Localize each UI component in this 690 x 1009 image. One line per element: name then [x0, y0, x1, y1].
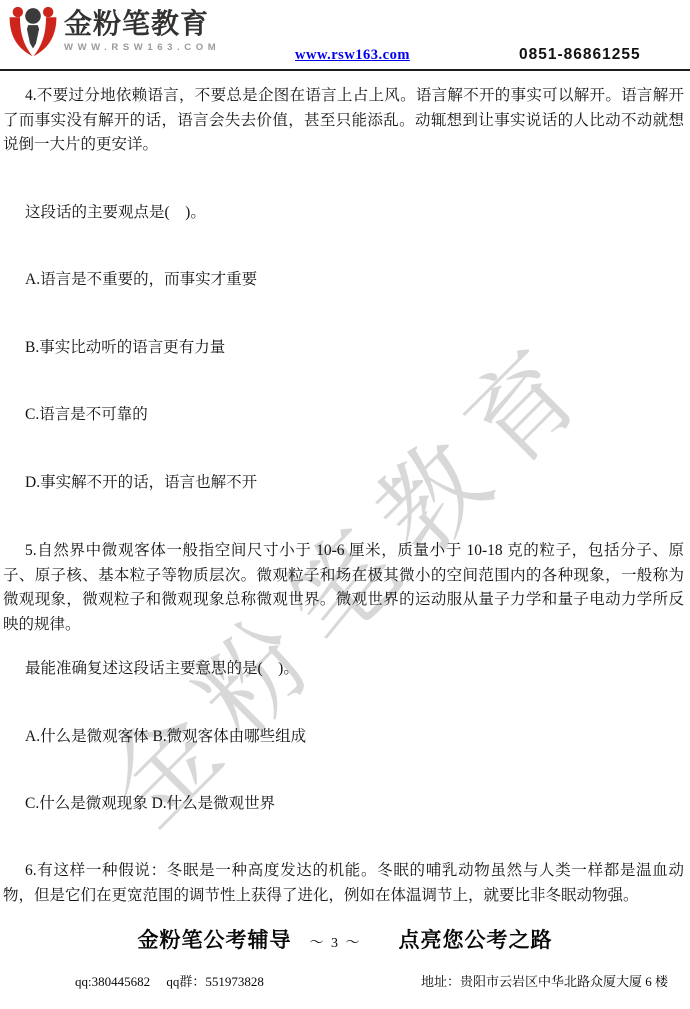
website-link[interactable]: www.rsw163.com [295, 47, 410, 64]
phone-number: 0851-86861255 [519, 46, 641, 64]
footer-brand-right: 点亮您公考之路 [399, 924, 553, 954]
question-5-prompt: 最能准确复述这段话主要意思的是( )。 [3, 657, 684, 682]
question-5-options-ab: A.什么是微观客体 B.微观客体由哪些组成 [3, 725, 684, 750]
question-4-option-b: B.事实比动听的语言更有力量 [3, 336, 684, 361]
header-divider [0, 69, 690, 71]
page-header: 金粉笔教育 WWW.RSW163.COM www.rsw163.com 0851… [0, 0, 690, 70]
brand-site-caption: WWW.RSW163.COM [64, 42, 220, 53]
page-number: ～ 3 ～ [310, 932, 362, 952]
question-4-option-d: D.事实解不开的话，语言也解不开 [3, 471, 684, 496]
question-4-prompt: 这段话的主要观点是( )。 [3, 201, 684, 226]
footer-contact-row: qq:380445682 qq群：551973828 地址：贵阳市云岩区中华北路… [0, 971, 690, 990]
brand-name: 金粉笔教育 [64, 9, 220, 39]
brand-text-block: 金粉笔教育 WWW.RSW163.COM [64, 2, 220, 53]
question-4-option-a: A.语言是不重要的，而事实才重要 [3, 268, 684, 293]
address: 地址：贵阳市云岩区中华北路众厦大厦 6 楼 [421, 971, 668, 990]
question-4-option-c: C.语言是不可靠的 [3, 403, 684, 428]
qq-contact: qq:380445682 qq群：551973828 [75, 971, 264, 990]
question-5-stem: 5.自然界中微观客体一般指空间尺寸小于 10-6 厘米，质量小于 10-18 克… [3, 539, 684, 637]
person-tie-logo-icon [7, 2, 59, 62]
document-page: 金粉笔教育 金粉笔教育 WWW.RSW163.COM www.rsw163.co… [0, 0, 690, 1009]
footer-brand-left: 金粉笔公考辅导 [138, 924, 292, 954]
footer-brand-line: 金粉笔公考辅导 ～ 3 ～ 点亮您公考之路 [0, 924, 690, 954]
question-5-options-cd: C.什么是微观现象 D.什么是微观世界 [3, 792, 684, 817]
brand-logo: 金粉笔教育 WWW.RSW163.COM [7, 2, 220, 62]
question-6-stem: 6.有这样一种假说：冬眠是一种高度发达的机能。冬眠的哺乳动物虽然与人类一样都是温… [3, 859, 684, 908]
question-4-stem: 4.不要过分地依赖语言，不要总是企图在语言上占上风。语言解不开的事实可以解开。语… [3, 84, 684, 158]
